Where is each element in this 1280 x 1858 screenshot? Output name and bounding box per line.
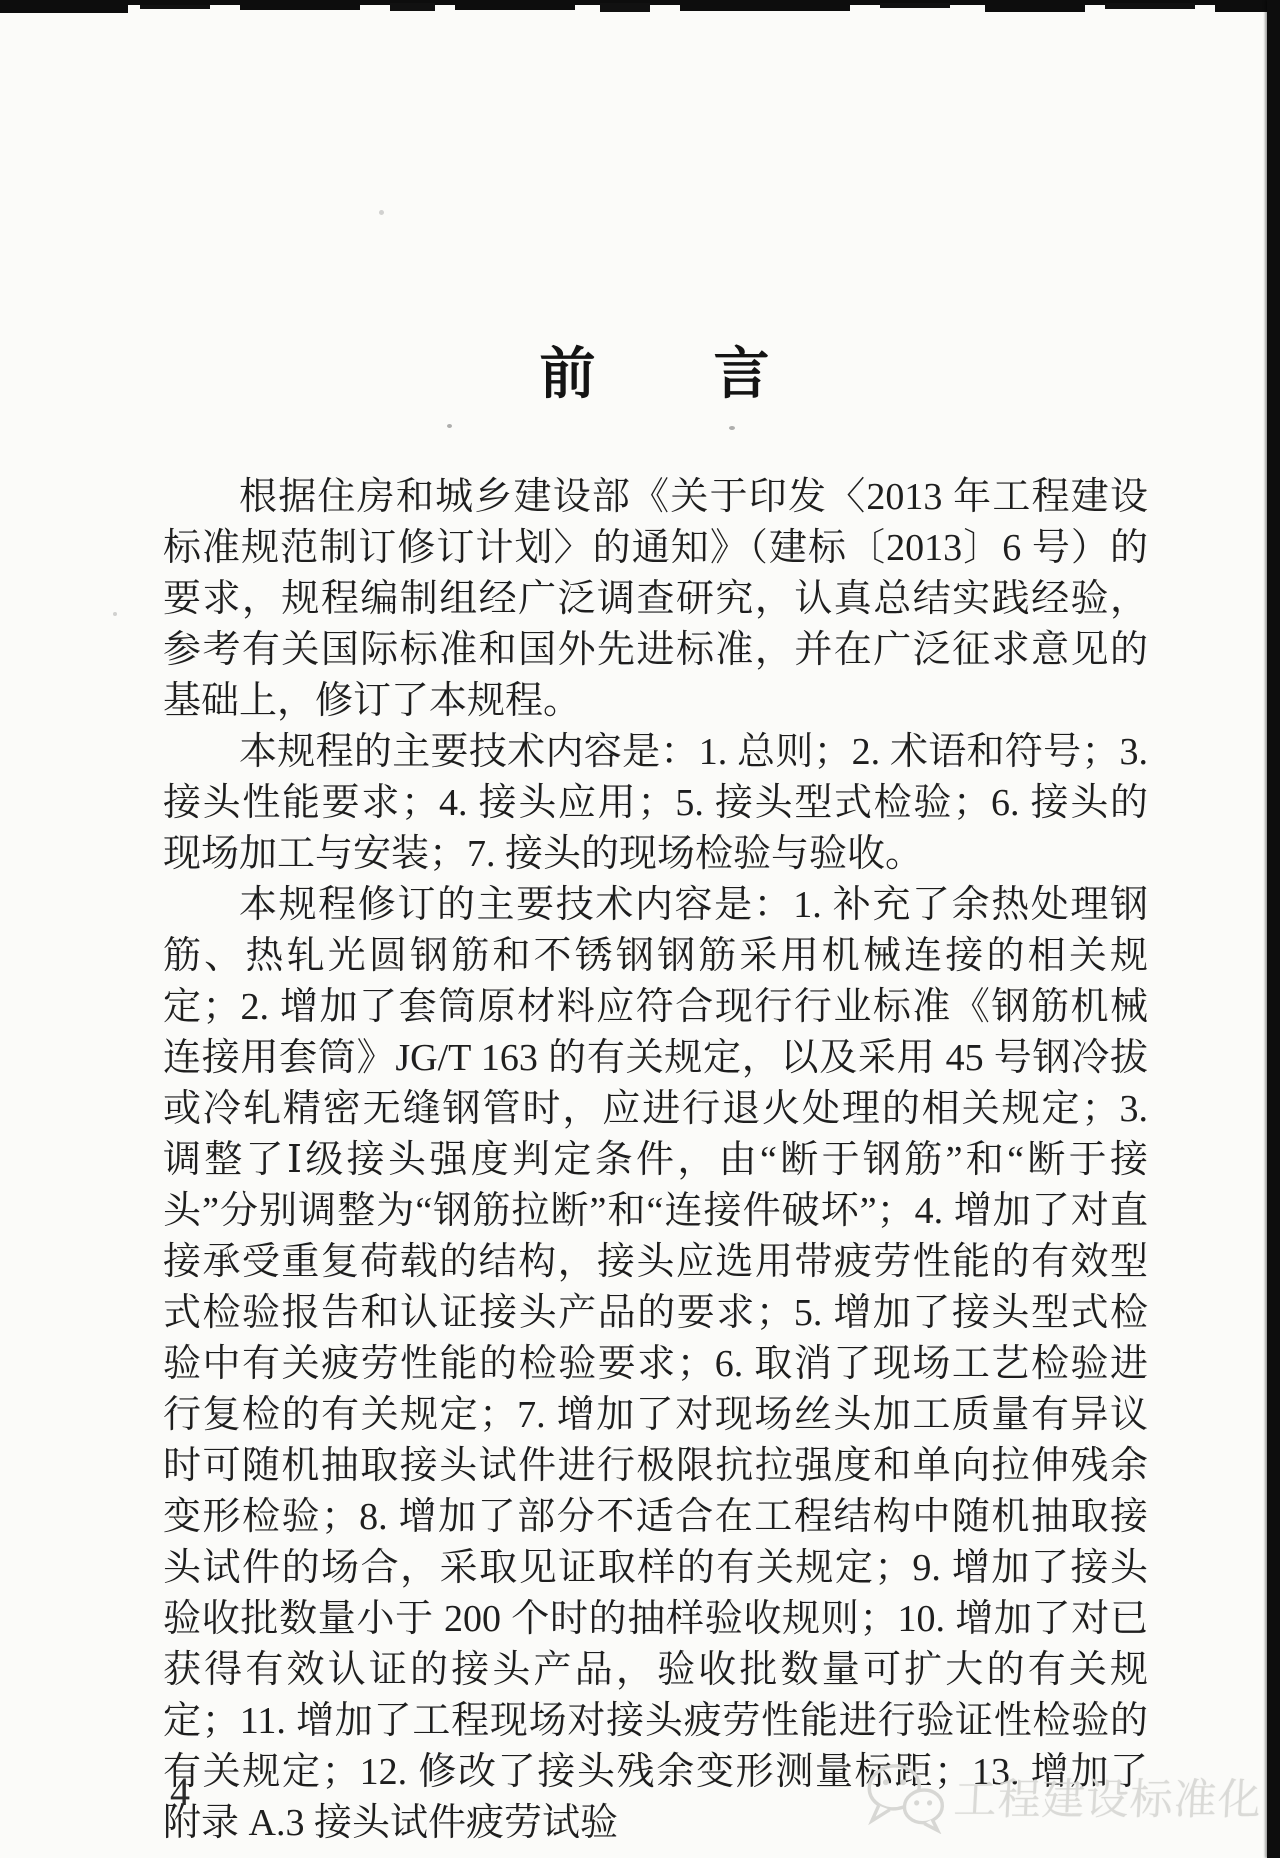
- scan-speck: [113, 612, 117, 616]
- paragraph-1: 根据住房和城乡建设部《关于印发〈2013 年工程建设标准规范制订修订计划〉的通知…: [163, 472, 1148, 727]
- watermark-text: 工程建设标准化: [952, 1766, 1263, 1827]
- scan-edge-right: [1267, 0, 1280, 1858]
- watermark: 工程建设标准化: [860, 1758, 1264, 1834]
- scan-speck: [379, 210, 384, 215]
- paragraph-2: 本规程的主要技术内容是：1. 总则；2. 术语和符号；3. 接头性能要求；4. …: [163, 727, 1148, 880]
- document-body: 根据住房和城乡建设部《关于印发〈2013 年工程建设标准规范制订修订计划〉的通知…: [163, 472, 1148, 1849]
- wechat-icon: [860, 1758, 950, 1834]
- paragraph-3: 本规程修订的主要技术内容是：1. 补充了余热处理钢筋、热轧光圆钢筋和不锈钢钢筋采…: [163, 880, 1148, 1849]
- page-number: 4: [170, 1768, 190, 1815]
- scan-edge-top: [0, 0, 1280, 20]
- page-title: 前 言: [163, 330, 1148, 410]
- scan-speck: [447, 424, 452, 428]
- scan-speck: [729, 426, 735, 430]
